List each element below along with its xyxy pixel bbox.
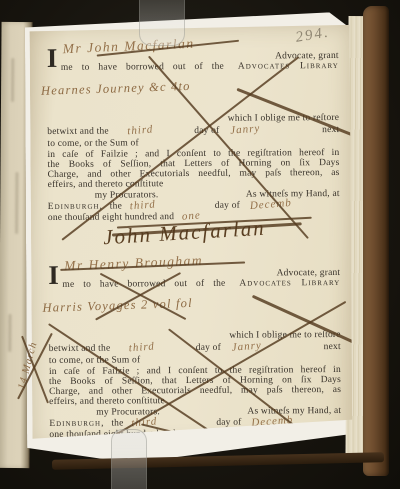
ghost-text-mark bbox=[11, 58, 14, 102]
book-title: Hearnes Journey &c 4to bbox=[41, 74, 333, 99]
retaining-strap-top bbox=[139, 0, 185, 46]
ghost-text-mark bbox=[15, 172, 18, 234]
signed-month-handwritten: Decemb bbox=[249, 197, 292, 212]
form-oblige-line: which I oblige me to reſtore bbox=[49, 330, 341, 343]
signed-day-handwritten: third bbox=[129, 198, 156, 212]
form-borrowed-line: me to have borrowed out of the Advocates… bbox=[62, 278, 340, 291]
register-page: 294. I Mr John Macfarlan Advocate, grant… bbox=[30, 25, 353, 447]
form-the: the bbox=[110, 201, 122, 212]
dropcap-initial: I bbox=[48, 263, 59, 287]
retaining-strap-bottom bbox=[111, 429, 147, 489]
form-next: next bbox=[324, 342, 341, 353]
restore-day-handwritten: third bbox=[128, 340, 155, 354]
ghost-text-mark bbox=[8, 314, 11, 352]
form-day-of: day of bbox=[215, 201, 240, 212]
form-borrowed-text: me to have borrowed out of the bbox=[61, 62, 224, 73]
book-cover-board bbox=[363, 6, 389, 476]
form-betwixt: betwixt and the bbox=[47, 127, 109, 138]
form-the: the bbox=[111, 418, 123, 429]
form-edinburgh: Edinburgh, bbox=[48, 202, 103, 213]
form-borrowed-line: me to have borrowed out of the Advocates… bbox=[61, 61, 339, 74]
restore-day-handwritten: third bbox=[127, 123, 154, 137]
form-borrowed-text: me to have borrowed out of the bbox=[62, 279, 225, 290]
dropcap-initial: I bbox=[47, 46, 58, 70]
restore-month-handwritten: Janry bbox=[230, 122, 261, 136]
photograph-of-register: 294. I Mr John Macfarlan Advocate, grant… bbox=[0, 0, 400, 489]
form-library-name: Advocates Library bbox=[239, 278, 340, 289]
form-edinburgh: Edinburgh, bbox=[49, 419, 104, 430]
form-oblige-line: which I oblige me to reſtore bbox=[47, 113, 339, 126]
